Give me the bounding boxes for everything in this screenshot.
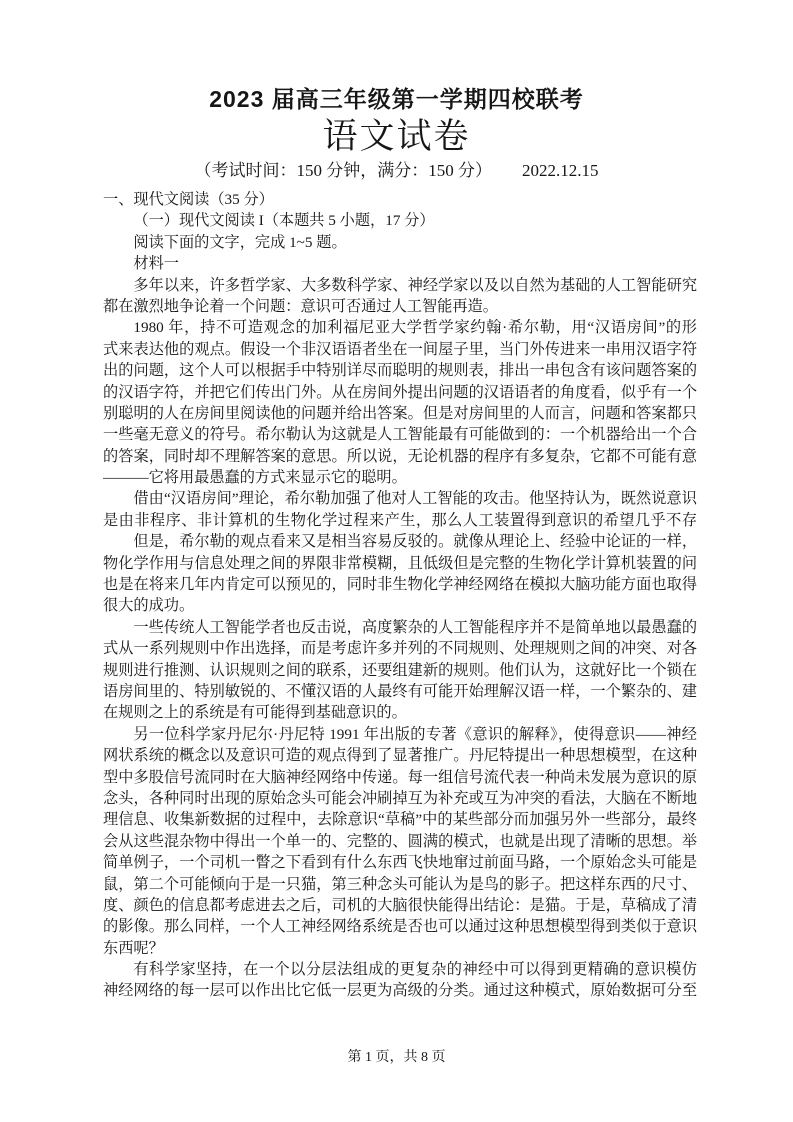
text-line: 别聪明的人在房间里阅读他的问题并给出答案。但是对房间里的人而言，问题和答案都只是 bbox=[103, 403, 697, 424]
exam-date: 2022.12.15 bbox=[522, 161, 599, 180]
text-line: 神经网络的每一层可以作出比它低一层更为高级的分类。通过这种模式，原始数据可分至最 bbox=[103, 980, 697, 1001]
text-line: 鼠，第二个可能倾向于是一只猫，第三种念头可能认为是鸟的影子。把这样东西的尺寸、速 bbox=[103, 874, 697, 895]
text-line: 的答案，同时却不理解答案的意思。所以说，无论机器的程序有多复杂，它都不可能有意识 bbox=[103, 446, 697, 467]
text-line: 但是，希尔勒的观点看来又是相当容易反驳的。就像从理论上、经验中论证的一样，生 bbox=[103, 531, 697, 552]
text-line: 也是在将来几年内肯定可以预见的，同时非生物化学神经网络在模拟大脑功能方面也取得了 bbox=[103, 574, 697, 595]
text-line: 网状系统的概念以及意识可造的观点得到了显著推广。丹尼特提出一种思想模型，在这种模 bbox=[103, 745, 697, 766]
page-header: 2023 届高三年级第一学期四校联考 语文试卷 （考试时间：150 分钟，满分：… bbox=[0, 0, 793, 182]
text-line: （一）现代文阅读 I（本题共 5 小题，17 分） bbox=[103, 210, 697, 231]
text-line: 是由非程序、非计算机的生物化学过程来产生，那么人工装置得到意识的希望几乎不存在。 bbox=[103, 510, 697, 531]
text-line: 1980 年，持不可造观念的加利福尼亚大学哲学家约翰·希尔勒，用“汉语房间”的形 bbox=[103, 317, 697, 338]
text-line: 都在激烈地争论着一个问题：意识可否通过人工智能再造。 bbox=[103, 296, 697, 317]
text-line: 简单例子，一个司机一瞥之下看到有什么东西飞快地窜过前面马路，一个原始念头可能是松 bbox=[103, 852, 697, 873]
page-number: 第 1 页，共 8 页 bbox=[0, 1050, 793, 1066]
text-line: 规则进行推测、认识规则之间的联系，还要组建新的规则。他们认为，这就好比一个锁在汉 bbox=[103, 660, 697, 681]
text-line: 另一位科学家丹尼尔·丹尼特 1991 年出版的专著《意识的解释》，使得意识——神… bbox=[103, 724, 697, 745]
text-line: 在规则之上的系统是有可能得到基础意识的。 bbox=[103, 702, 697, 723]
text-line: 物化学作用与信息处理之间的界限非常模糊，且低级但是完整的生物化学计算机装置的问世 bbox=[103, 553, 697, 574]
text-line: 东西呢？ bbox=[103, 938, 697, 959]
text-line: 一、现代文阅读（35 分） bbox=[103, 189, 697, 210]
exam-info-line: （考试时间：150 分钟，满分：150 分）2022.12.15 bbox=[0, 160, 793, 182]
text-line: 度、颜色的信息都考虑进去之后，司机的大脑很快能得出结论：是猫。于是，草稿成了清楚 bbox=[103, 895, 697, 916]
text-line: 的汉语字符，并把它们传出门外。从在房间外提出问题的汉语语者的角度看，似乎有一个特 bbox=[103, 382, 697, 403]
document-body: 一、现代文阅读（35 分）（一）现代文阅读 I（本题共 5 小题，17 分）阅读… bbox=[103, 189, 697, 1002]
text-line: ———它将用最愚蠢的方式来显示它的聪明。 bbox=[103, 467, 697, 488]
text-line: 一些传统人工智能学者也反击说，高度繁杂的人工智能程序并不是简单地以最愚蠢的方 bbox=[103, 617, 697, 638]
exam-paper-page: 2023 届高三年级第一学期四校联考 语文试卷 （考试时间：150 分钟，满分：… bbox=[0, 0, 793, 1122]
text-line: 一些毫无意义的符号。希尔勒认为这就是人工智能最有可能做到的：一个机器给出一个合理 bbox=[103, 424, 697, 445]
text-line: 理信息、收集新数据的过程中，去除意识“草稿”中的某些部分而加强另外一些部分，最终 bbox=[103, 809, 697, 830]
text-line: 多年以来，许多哲学家、大多数科学家、神经学家以及以自然为基础的人工智能研究者 bbox=[103, 275, 697, 296]
text-line: 型中多股信号流同时在大脑神经网络中传递。每一组信号流代表一种尚未发展为意识的原始 bbox=[103, 767, 697, 788]
text-line: 有科学家坚持，在一个以分层法组成的更复杂的神经中可以得到更精确的意识模仿物， bbox=[103, 959, 697, 980]
text-line: 借由“汉语房间”理论，希尔勒加强了他对人工智能的攻击。他坚持认为，既然说意识 bbox=[103, 488, 697, 509]
text-line: 式来表达他的观点。假设一个非汉语语者坐在一间屋子里，当门外传进来一串用汉语字符提 bbox=[103, 339, 697, 360]
text-line: 式从一系列规则中作出选择，而是考虑许多并列的不同规则、处理规则之间的冲突、对各种 bbox=[103, 638, 697, 659]
text-line: 的影像。那么同样，一个人工神经网络系统是否也可以通过这种思想模型得到类似于意识的 bbox=[103, 916, 697, 937]
exam-title: 2023 届高三年级第一学期四校联考 bbox=[0, 84, 793, 114]
text-line: 很大的成功。 bbox=[103, 595, 697, 616]
text-line: 阅读下面的文字，完成 1~5 题。 bbox=[103, 232, 697, 253]
text-line: 念头，各种同时出现的原始念头可能会冲刷掉互为补充或互为冲突的看法，大脑在不断地处 bbox=[103, 788, 697, 809]
paper-subject-title: 语文试卷 bbox=[0, 117, 793, 157]
exam-time-info: （考试时间：150 分钟，满分：150 分） bbox=[195, 161, 493, 180]
text-line: 会从这些混杂物中得出一个单一的、完整的、圆满的模式，也就是出现了清晰的思想。举个 bbox=[103, 831, 697, 852]
text-line: 材料一 bbox=[103, 253, 697, 274]
text-line: 语房间里的、特别敏锐的、不懂汉语的人最终有可能开始理解汉语一样，一个繁杂的、建立 bbox=[103, 681, 697, 702]
text-line: 出的问题，这个人可以根据手中特别详尽而聪明的规则表，排出一串包含有该问题答案的新 bbox=[103, 360, 697, 381]
